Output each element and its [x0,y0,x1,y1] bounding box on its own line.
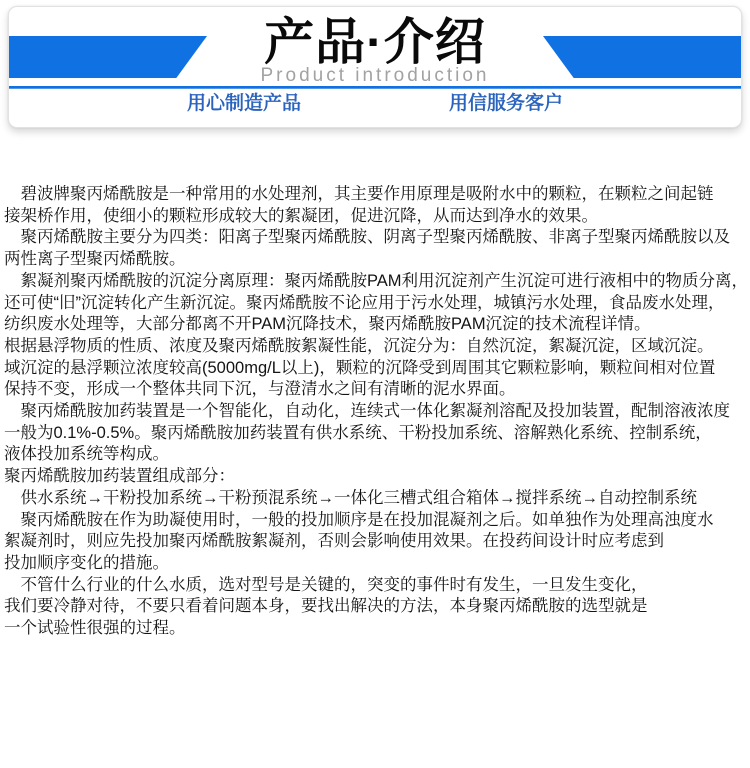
slogan-row: 用心制造产品 用信服务客户 [9,93,741,115]
article-line: 接架桥作用，使细小的颗粒形成较大的絮凝团，促进沉降，从而达到净水的效果。 [4,206,746,228]
header-banner: 产品·介绍 Product introduction 用心制造产品 用信服务客户 [8,6,742,128]
divider-line [9,86,741,89]
article-line: 供水系统→干粉投加系统→干粉预混系统→一体化三槽式组合箱体→搅拌系统→自动控制系… [4,488,746,510]
article-line: 域沉淀的悬浮颗泣浓度较高(5000mg/L以上)，颗粒的沉降受到周围其它颗粒影响… [4,358,746,380]
article-line: 絮凝剂时，则应先投加聚丙烯酰胺絮凝剂，否则会影响使用效果。在投药间设计时应考虑到 [4,531,746,553]
slogan-left: 用心制造产品 [187,93,301,115]
article-line: 还可使“旧”沉淀转化产生新沉淀。聚丙烯酰胺不论应用于污水处理，城镇污水处理，食品… [4,293,746,315]
article-line: 絮凝剂聚丙烯酰胺的沉淀分离原理：聚丙烯酰胺PAM利用沉淀剂产生沉淀可进行液相中的… [4,271,746,293]
article-line: 液体投加系统等构成。 [4,444,746,466]
article-line: 聚丙烯酰胺主要分为四类：阳离子型聚丙烯酰胺、阴离子型聚丙烯酰胺、非离子型聚丙烯酰… [4,227,746,249]
article-line: 两性离子型聚丙烯酰胺。 [4,249,746,271]
article-line: 聚丙烯酰胺在作为助凝使用时，一般的投加顺序是在投加混凝剂之后。如单独作为处理高浊… [4,510,746,532]
article-line: 我们要冷静对待，不要只看着问题本身，要找出解决的方法，本身聚丙烯酰胺的选型就是 [4,596,746,618]
page-subtitle: Product introduction [9,65,741,87]
article-line: 一个试验性很强的过程。 [4,618,746,640]
article-line: 碧波牌聚丙烯酰胺是一种常用的水处理剂，其主要作用原理是吸附水中的颗粒，在颗粒之间… [4,184,746,206]
article: 碧波牌聚丙烯酰胺是一种常用的水处理剂，其主要作用原理是吸附水中的颗粒，在颗粒之间… [0,184,750,640]
article-line: 不管什么行业的什么水质，选对型号是关键的，突变的事件时有发生，一旦发生变化， [4,575,746,597]
article-line: 纺织废水处理等，大部分都离不开PAM沉降技术，聚丙烯酰胺PAM沉淀的技术流程详情… [4,314,746,336]
article-line: 根据悬浮物质的性质、浓度及聚丙烯酰胺絮凝性能，沉淀分为：自然沉淀，絮凝沉淀，区域… [4,336,746,358]
article-line: 一般为0.1%-0.5%。聚丙烯酰胺加药装置有供水系统、干粉投加系统、溶解熟化系… [4,423,746,445]
article-line: 保持不变，形成一个整体共同下沉，与澄清水之间有清晰的泥水界面。 [4,379,746,401]
slogan-right: 用信服务客户 [449,93,563,115]
article-line: 投加顺序变化的措施。 [4,553,746,575]
page-title: 产品·介绍 [9,15,741,69]
article-line: 聚丙烯酰胺加药装置组成部分： [4,466,746,488]
article-line: 聚丙烯酰胺加药装置是一个智能化，自动化，连续式一体化絮凝剂溶配及投加装置，配制溶… [4,401,746,423]
